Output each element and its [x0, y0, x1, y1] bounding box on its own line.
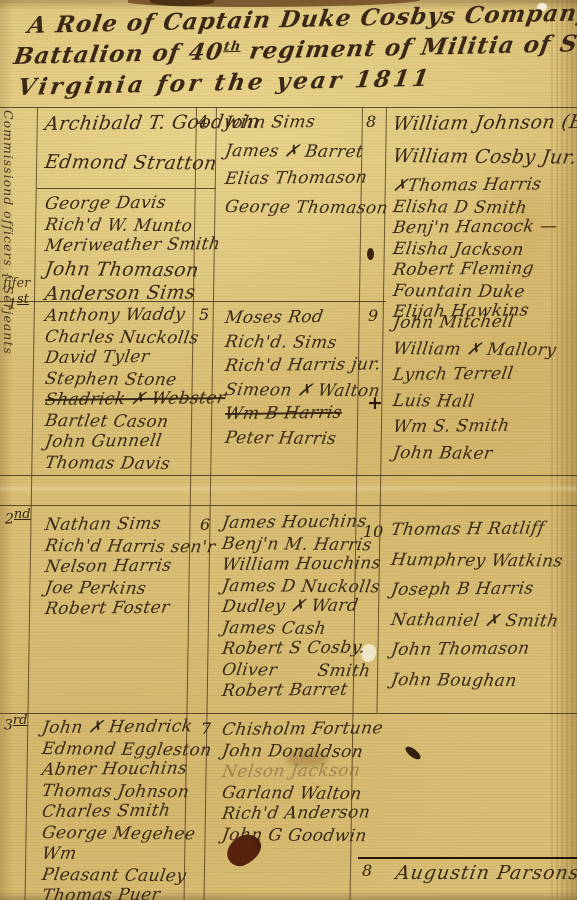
- roster-group-serjeants: George DavisRich'd W. MuntoMeriweather S…: [45, 194, 195, 307]
- title-text: Battalion of 40: [12, 38, 225, 70]
- roster-name: Nelson Jackson: [220, 761, 361, 783]
- grid-line-section3: [0, 713, 577, 714]
- grid-line-bottom-entry: [358, 857, 577, 859]
- roster-name: John Mitchell: [391, 311, 574, 334]
- roster-name: John Baker: [391, 443, 574, 466]
- roster-name: Wm S. Smith: [391, 415, 574, 438]
- row-mark-1: 1st: [8, 292, 29, 313]
- group-number-bottom-8: 8: [362, 861, 372, 880]
- roster-name: Benj'n Hancock —: [391, 216, 574, 239]
- roster-name: Anderson Sims: [43, 280, 197, 307]
- roster-name: John ✗ Hendrick: [40, 716, 193, 739]
- roster-name: Rich'd Anderson: [220, 803, 361, 825]
- grid-line-band-bottom: [0, 505, 577, 506]
- ink-dot-on-line: [367, 248, 374, 260]
- roster-group-4: John SimsJames ✗ BarretElias ThomasonGeo…: [225, 113, 360, 225]
- roster-name: Meriweather Smith: [43, 234, 196, 257]
- roster-name: Wm B Harris: [223, 403, 361, 425]
- roster-group-5: Moses RodRich'd. SimsRich'd Harris jur.S…: [225, 308, 360, 452]
- roster-name: John Gunnell: [43, 430, 196, 453]
- crease-line: [0, 487, 577, 490]
- group-number-4: 4: [198, 112, 208, 131]
- roster-name: James Houchins: [220, 512, 361, 534]
- roster-name: Anthony Waddy: [43, 304, 196, 327]
- roster-name: William Cosby Jur.: [391, 144, 575, 171]
- roster-name: Edmond Stratton: [43, 150, 197, 176]
- grid-line-col2: [204, 107, 217, 900]
- roster-name: William Houchins: [220, 554, 361, 576]
- grid-line-margin: [25, 107, 38, 900]
- roster-group-officers: Archibald T. GoodwinEdmond Stratton: [45, 112, 195, 175]
- roster-name: Thomas Puer: [40, 884, 193, 900]
- roster-name: Rich'd. Sims: [223, 332, 361, 354]
- roster-name: William ✗ Mallory: [391, 339, 574, 362]
- bottom-entry-name: Augustin Parsons: [394, 862, 577, 884]
- roster-name: George Thomason: [223, 197, 361, 219]
- roster-name: ✗Thomas Harris: [391, 174, 574, 197]
- roster-group-2: Nathan SimsRich'd Harris sen'rNelson Har…: [45, 515, 195, 620]
- row-mark-3: 3rd: [4, 713, 27, 734]
- group-number-6: 6: [200, 515, 210, 534]
- grid-line-band-top: [0, 475, 577, 476]
- roster-group-7: Chisholm FortuneJohn DonaldsonNelson Jac…: [222, 720, 360, 846]
- roster-name: Nathaniel ✗ Smith: [389, 610, 572, 633]
- roster-name: Shadrick ✗ Webster: [43, 388, 196, 411]
- ink-mark: [403, 744, 422, 761]
- roster-name: Thomas H Ratliff: [389, 518, 572, 541]
- roster-name: Rich'd Harris jur.: [223, 355, 361, 377]
- roster-name: Moses Rod: [223, 307, 361, 329]
- group-number-5: 5: [199, 305, 209, 324]
- group-number-9: 9: [368, 306, 378, 325]
- roster-name: Nelson Harris: [43, 555, 196, 578]
- cross-mark: +: [367, 392, 383, 414]
- roster-name: John Boughan: [389, 670, 572, 693]
- roster-group-10: Thomas H RatliffHumphrey WatkinsJoseph B…: [391, 520, 571, 700]
- roster-name: John Sims: [223, 112, 361, 134]
- title-text: Virginia for the year 1811: [16, 65, 434, 101]
- roster-name: Robert S Cosby.: [220, 638, 361, 660]
- roster-name: Archibald T. Goodwin: [43, 110, 197, 137]
- roster-name: Nathan Sims: [43, 513, 196, 536]
- roster-name: David Tyler: [43, 346, 196, 369]
- row-mark-2: 2nd: [5, 507, 31, 528]
- roster-group-6: James HouchinsBenj'n M. HarrisWilliam Ho…: [222, 513, 360, 702]
- roster-group-8: William Johnson (B)William Cosby Jur.✗Th…: [393, 112, 573, 323]
- roster-name: George Davis: [43, 192, 196, 215]
- roster-name: Abner Houchins: [40, 758, 193, 781]
- roster-group-3: John ✗ HendrickEdmond EgglestonAbner Hou…: [42, 718, 192, 900]
- roster-name: Joseph B Harris: [389, 578, 572, 601]
- group-number-7: 7: [201, 719, 211, 738]
- roster-name: Robert Fleming: [391, 258, 574, 281]
- roster-name: Charles Smith: [40, 800, 193, 823]
- fifer-label: fifer: [3, 276, 30, 291]
- roster-name: John Thomason: [43, 257, 197, 283]
- roster-name: Thomas Davis: [43, 453, 196, 475]
- roster-name: James ✗ Barret: [223, 141, 361, 163]
- group-number-8: 8: [366, 112, 376, 131]
- roster-group-1: Anthony WaddyCharles NuckollsDavid Tyler…: [45, 306, 195, 474]
- roster-name: Elias Thomason: [223, 168, 361, 190]
- group-number-10: 10: [363, 522, 383, 541]
- roster-name: Luis Hall: [391, 391, 574, 414]
- document-page: A Role of Captain Duke Cosbys Company th…: [0, 0, 577, 900]
- grid-line-top: [0, 107, 577, 108]
- roster-name: Humphrey Watkins: [389, 550, 572, 573]
- roster-group-9: John MitchellWilliam ✗ MalloryLynch Terr…: [393, 313, 573, 469]
- margin-section-label: Commissiond officers { Serjeants: [1, 110, 16, 290]
- roster-name: William Johnson (B): [391, 110, 575, 137]
- roster-name: Chisholm Fortune: [220, 719, 361, 741]
- roster-name: Robert Foster: [43, 597, 196, 620]
- roster-name: John G Goodwin: [220, 825, 361, 847]
- title-line-3: Virginia for the year 1811: [16, 65, 434, 101]
- roster-name: Robert Barret: [220, 680, 361, 702]
- roster-name: John Thomason: [389, 638, 572, 661]
- roster-name: Simeon ✗ Walton: [223, 380, 361, 402]
- roster-name: Wm: [40, 842, 193, 865]
- roster-name: Dudley ✗ Ward: [220, 596, 361, 618]
- roster-name: Lynch Terrell: [391, 363, 574, 386]
- grid-line-officers: [37, 188, 216, 189]
- roster-name: Peter Harris: [223, 428, 361, 450]
